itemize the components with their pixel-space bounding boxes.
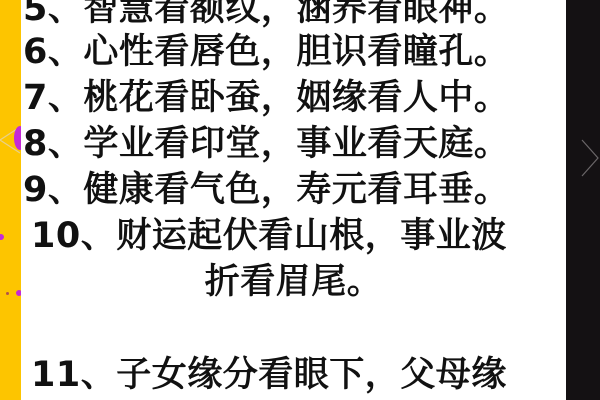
text-line-10b: 折看眉尾。 [21, 259, 566, 305]
text-line-8: 8、学业看印堂，事业看天庭。 [21, 121, 568, 167]
text-line-7: 7、桃花看卧蚕，姻缘看人中。 [21, 75, 568, 121]
left-yellow-border [0, 0, 21, 400]
image-frame: 5、智慧看额纹，涵养看眼神。 6、心性看唇色，胆识看瞳孔。 7、桃花看卧蚕，姻缘… [0, 0, 600, 400]
decorative-dot [0, 234, 4, 240]
chevron-right-icon [580, 138, 600, 178]
text-line-5: 5、智慧看额纹，涵养看眼神。 [21, 0, 568, 32]
text-line-6: 6、心性看唇色，胆识看瞳孔。 [21, 29, 568, 75]
text-line-10a: 10、财运起伏看山根，事业波 [21, 213, 576, 259]
decorative-dot [6, 292, 9, 295]
text-line-11: 11、子女缘分看眼下，父母缘 [21, 352, 576, 398]
text-line-9: 9、健康看气色，寿元看耳垂。 [21, 167, 568, 213]
right-dark-border [566, 0, 600, 400]
text-content: 5、智慧看额纹，涵养看眼神。 6、心性看唇色，胆识看瞳孔。 7、桃花看卧蚕，姻缘… [21, 0, 566, 400]
